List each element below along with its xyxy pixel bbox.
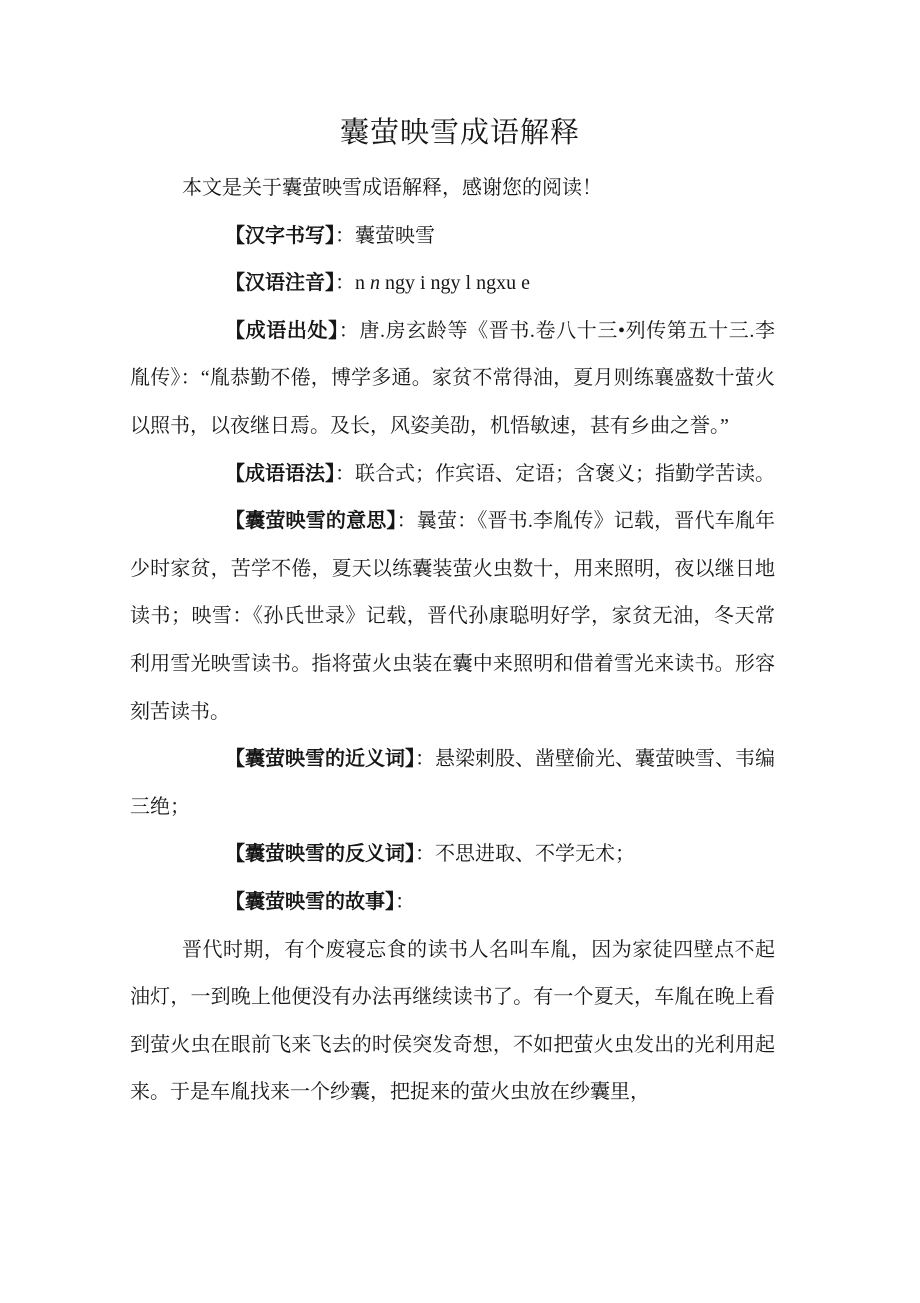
section-header-run: 【囊萤映雪的故事】 (225, 891, 395, 913)
paragraph: 【汉字书写】：囊萤映雪 (130, 213, 775, 261)
text-run: ：联合式；作宾语、定语；含褒义；指勤学苦读。 (335, 463, 775, 485)
page-title: 囊萤映雪成语解释 (0, 0, 920, 154)
document-body: 本文是关于囊萤映雪成语解释，感谢您的阅读！【汉字书写】：囊萤映雪【汉语注音】：n… (130, 165, 775, 1117)
paragraph: 【囊萤映雪的反义词】：不思进取、不学无术； (130, 831, 775, 879)
text-run: ：n (335, 272, 370, 294)
section-header-run: 【成语出处】 (225, 320, 339, 342)
paragraph: 【成语出处】：唐.房玄龄等《晋书.卷八十三•列传第五十三.李胤传》：“胤恭勤不倦… (130, 308, 775, 451)
section-header-run: 【成语语法】 (225, 463, 335, 485)
text-run: ： (395, 891, 415, 913)
section-header-run: 【囊萤映雪的反义词】 (225, 843, 415, 865)
section-header-run: 【囊萤映雪的近义词】 (225, 748, 415, 770)
paragraph: 【囊萤映雪的故事】： (130, 879, 775, 927)
paragraph: 【成语语法】：联合式；作宾语、定语；含褒义；指勤学苦读。 (130, 451, 775, 499)
text-run: 本文是关于囊萤映雪成语解释，感谢您的阅读！ (182, 177, 602, 199)
section-header-run: 【汉字书写】 (225, 225, 335, 247)
paragraph: 晋代时期，有个废寝忘食的读书人名叫车胤，因为家徒四壁点不起油灯，一到晚上他便没有… (130, 927, 775, 1117)
section-header-run: 【汉语注音】 (225, 272, 335, 294)
text-run: n (370, 272, 380, 294)
paragraph: 【汉语注音】：n n ngy i ngy l ngxu e (130, 260, 775, 308)
text-run: 晋代时期，有个废寝忘食的读书人名叫车胤，因为家徒四壁点不起油灯，一到晚上他便没有… (130, 939, 775, 1104)
text-run: ngy i ngy l ngxu e (380, 272, 530, 294)
text-run: ：曩萤：《晋书.李胤传》记载，晋代车胤年少时家贫，苦学不倦，夏天以练囊装萤火虫数… (130, 510, 775, 722)
text-run: ：不思进取、不学无术； (415, 843, 635, 865)
section-header-run: 【囊萤映雪的意思】 (225, 510, 397, 532)
document-page: 囊萤映雪成语解释 本文是关于囊萤映雪成语解释，感谢您的阅读！【汉字书写】：囊萤映… (0, 0, 920, 1303)
text-run: ：囊萤映雪 (335, 225, 435, 247)
paragraph: 【囊萤映雪的近义词】：悬梁刺股、凿壁偷光、囊萤映雪、韦编三绝； (130, 736, 775, 831)
paragraph: 【囊萤映雪的意思】：曩萤：《晋书.李胤传》记载，晋代车胤年少时家贫，苦学不倦，夏… (130, 498, 775, 736)
paragraph: 本文是关于囊萤映雪成语解释，感谢您的阅读！ (130, 165, 775, 213)
